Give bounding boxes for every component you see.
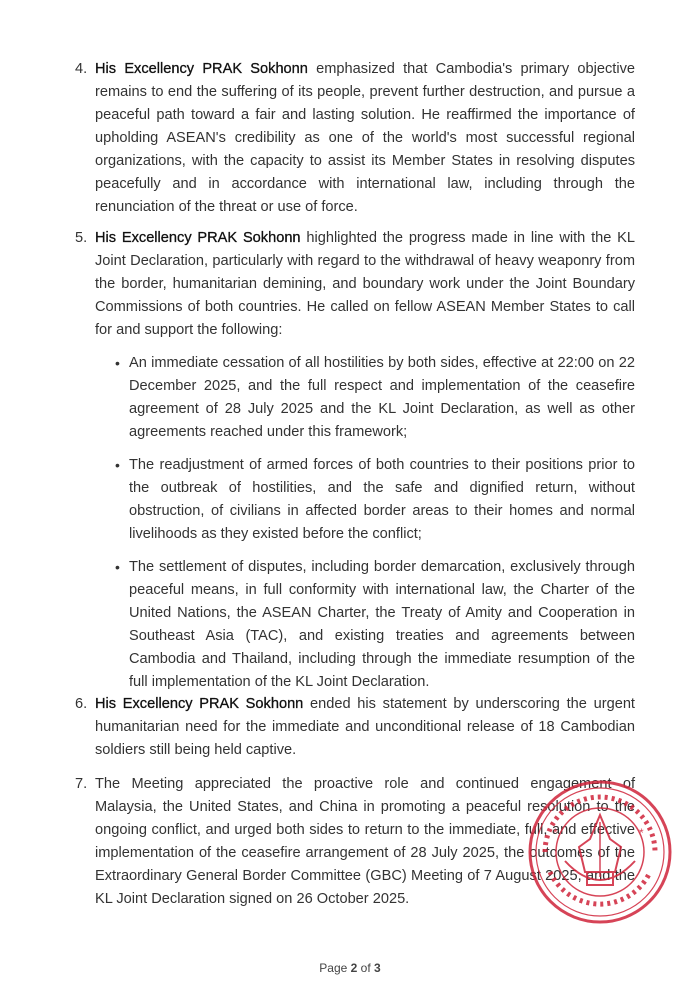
footer-prefix: Page	[319, 961, 350, 975]
paragraph-number: 7.	[75, 773, 87, 796]
paragraph-6: 6. His Excellency PRAK Sokhonn ended his…	[95, 693, 635, 762]
svg-text:*: *	[639, 826, 644, 840]
footer-separator: of	[357, 961, 374, 975]
speaker-name: His Excellency PRAK Sokhonn	[95, 61, 308, 77]
list-item: The settlement of disputes, including bo…	[95, 556, 635, 694]
paragraph-5: 5. His Excellency PRAK Sokhonn highlight…	[95, 227, 635, 704]
bullet-list: An immediate cessation of all hostilitie…	[95, 352, 635, 694]
paragraph-4: 4. His Excellency PRAK Sokhonn emphasize…	[95, 58, 635, 219]
paragraph-text: highlighted the progress made in line wi…	[95, 230, 635, 338]
speaker-name: His Excellency PRAK Sokhonn	[95, 230, 301, 246]
list-item: The readjustment of armed forces of both…	[95, 454, 635, 546]
paragraph-number: 4.	[75, 58, 87, 81]
speaker-name: His Excellency PRAK Sokhonn	[95, 696, 303, 712]
paragraph-7: 7. The Meeting appreciated the proactive…	[95, 773, 635, 911]
list-item: An immediate cessation of all hostilitie…	[95, 352, 635, 444]
document-page: 4. His Excellency PRAK Sokhonn emphasize…	[0, 0, 700, 1000]
paragraph-text: The Meeting appreciated the proactive ro…	[95, 776, 635, 907]
total-pages-number: 3	[374, 961, 381, 975]
page-footer: Page 2 of 3	[0, 961, 700, 975]
paragraph-number: 5.	[75, 227, 87, 250]
paragraph-text: emphasized that Cambodia's primary objec…	[95, 61, 635, 215]
paragraph-number: 6.	[75, 693, 87, 716]
